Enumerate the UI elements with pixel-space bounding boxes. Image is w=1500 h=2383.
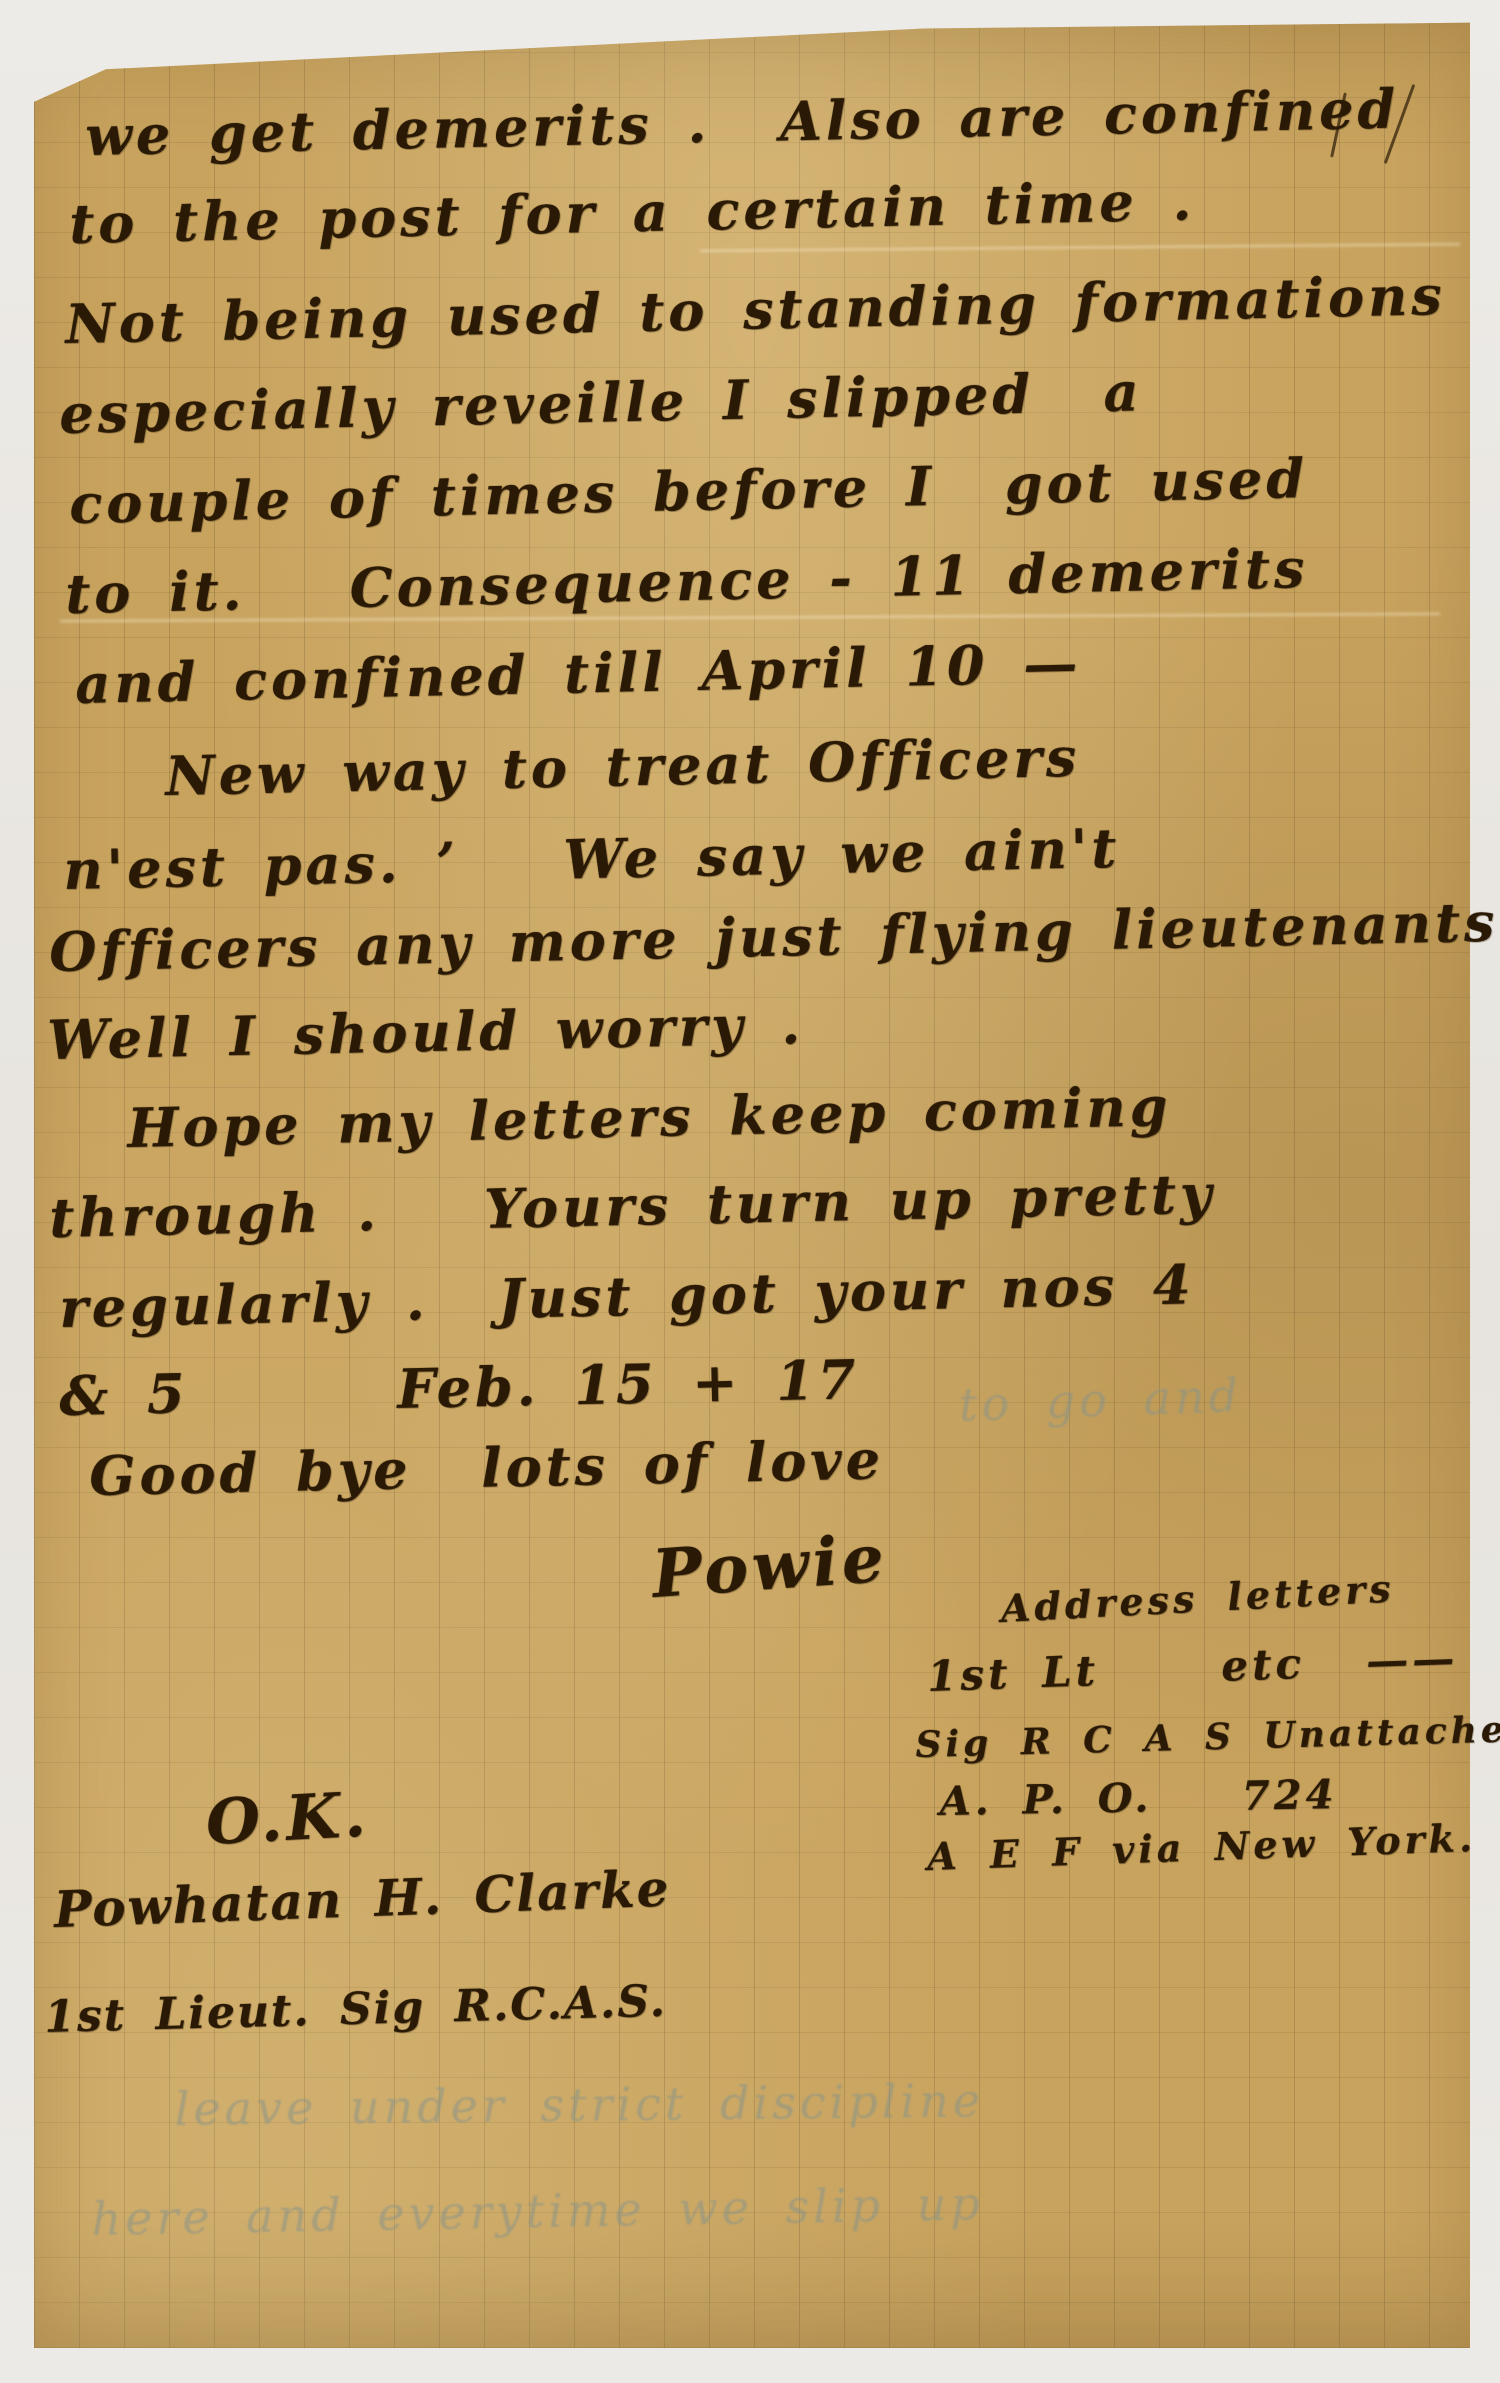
scan-background: to go and leave under strict discipline …: [0, 0, 1500, 2383]
address-line: A. P. O. 724: [939, 1771, 1338, 1825]
bleed-through-fragment: leave under strict discipline: [174, 2074, 984, 2136]
approval-ok: O.K.: [204, 1778, 371, 1859]
signature-powie: Powie: [650, 1519, 891, 1613]
bleed-through-fragment: to go and: [958, 1368, 1243, 1432]
